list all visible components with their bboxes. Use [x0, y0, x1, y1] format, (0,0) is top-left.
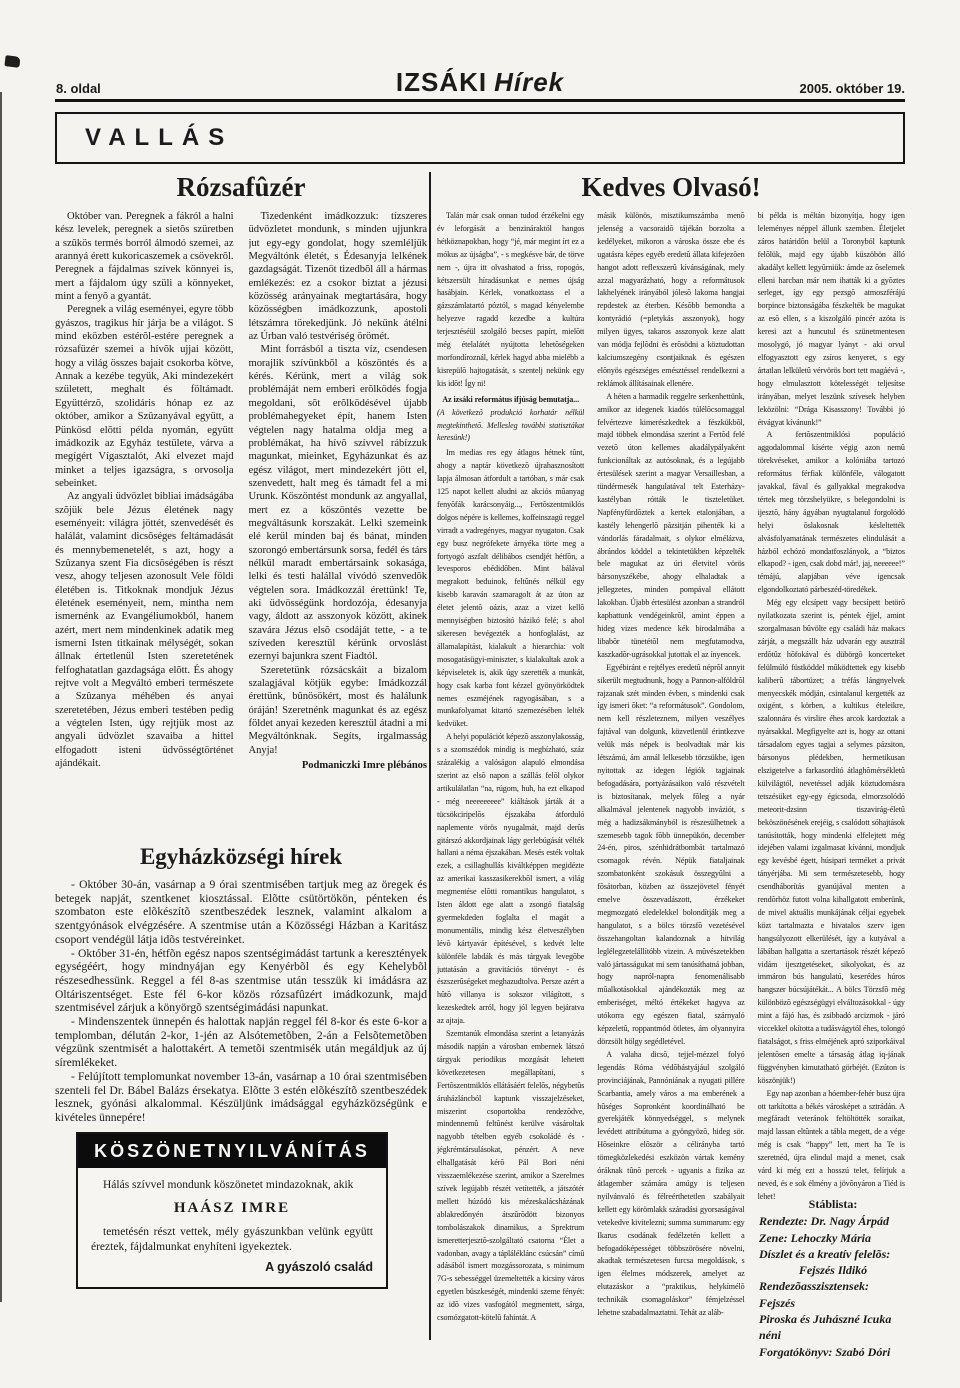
paragraph: bi példa is méltán bizonyítja, hogy igen… [758, 210, 905, 429]
issue-date: 2005. október 19. [800, 81, 906, 96]
text-column: bi példa is méltán bizonyítja, hogy igen… [758, 210, 905, 1224]
paragraph: Rendezte: Dr. Nagy Árpád [759, 1213, 907, 1229]
obituary-deceased-name: HAÁSZ IMRE [91, 1201, 373, 1216]
paragraph: A fertõszentmiklósi populáció aggodalomm… [758, 429, 905, 597]
paragraph: Szeretetünk rózsácskáit a bizalom szalag… [249, 664, 428, 757]
paragraph: A helyi populációt képezõ asszonylakossá… [437, 731, 584, 1028]
article-letter: Kedves Olvasó! Talán már csak onnan tudo… [437, 172, 905, 1350]
text-column: Tizedenként imádkozzuk: tízszeres üdvözl… [249, 210, 428, 860]
newspaper-page: 8. oldal IZSÁKIHírek 2005. október 19. V… [0, 0, 960, 1388]
obituary-content: Hálás szívvel mondunk köszönetet mindazo… [78, 1168, 386, 1287]
paragraph: Tizedenként imádkozzuk: tízszeres üdvözl… [249, 210, 428, 343]
paragraph: Piroska és Juhászné Icuka néni [759, 1311, 907, 1344]
scan-artifact-left-edge [0, 92, 2, 1302]
article-columns: Október van. Peregnek a fákról a halni k… [55, 210, 427, 860]
article-title: Kedves Olvasó! [437, 172, 905, 203]
paragraph: Az angyali üdvözlet bibliai imádságába s… [55, 490, 234, 770]
parish-news-title: Egyházközségi hírek [55, 844, 427, 870]
paragraph: - Október 31-én, hétfõn egész napos szen… [55, 947, 427, 1016]
paragraph: Mint forrásból a tiszta víz, csendesen m… [249, 343, 428, 663]
signature: Podmaniczki Imre plébános [249, 759, 428, 772]
obituary-notice: KÖSZÖNETNYILVÁNÍTÁS Hálás szívvel mondun… [76, 1132, 388, 1289]
paragraph: Im medias res egy átlagos hétnek tûnt, a… [437, 447, 584, 731]
section-label: VALLÁS [85, 124, 233, 152]
paragraph: Peregnek a világ eseményei, egyre több g… [55, 303, 234, 490]
obituary-header: KÖSZÖNETNYILVÁNÍTÁS [78, 1134, 386, 1168]
page-header: 8. oldal IZSÁKIHírek 2005. október 19. [55, 68, 905, 102]
article-title: Rózsafûzér [55, 172, 427, 203]
paragraph: Az izsáki református ifjúság bemutatja..… [437, 394, 584, 407]
masthead: IZSÁKIHírek [55, 67, 905, 98]
paragraph: másik különös, misztikumszámba menõ jele… [597, 210, 744, 391]
paragraph: - Mindenszentek ünnepén és halottak napj… [55, 1015, 427, 1070]
article-rosary: Rózsafûzér Október van. Peregnek a fákró… [55, 172, 427, 860]
paragraph: Szemtanúk elmondása szerint a letanyázás… [437, 1028, 584, 1325]
obituary-signature: A gyászoló család [91, 1260, 373, 1275]
paragraph: A valaha dicsõ, tejjel-mézzel folyó lege… [597, 1049, 744, 1320]
paragraph: Fejszés Ildikó [759, 1262, 907, 1278]
paragraph: Talán már csak onnan tudod érzékelni egy… [437, 210, 584, 391]
paragraph: Október van. Peregnek a fákról a halni k… [55, 210, 234, 303]
text-column: másik különös, misztikumszámba menõ jele… [597, 210, 744, 1350]
paragraph: Zene: Lehoczky Mária [759, 1230, 907, 1246]
paragraph: A héten a harmadik reggelre serkenhettün… [597, 391, 744, 662]
credits-lines: Rendezte: Dr. Nagy ÁrpádZene: Lehoczky M… [759, 1213, 907, 1360]
text-column: Október van. Peregnek a fákról a halni k… [55, 210, 234, 860]
article-columns: Talán már csak onnan tudod érzékelni egy… [437, 210, 905, 1350]
masthead-subtitle: Hírek [494, 67, 564, 97]
paragraph: (A következõ produkció korhatár nélkül m… [437, 407, 584, 446]
paragraph: Még egy elcsípett vagy becsípett betörõ … [758, 597, 905, 1087]
credits-block: Stáblista: Rendezte: Dr. Nagy ÁrpádZene:… [759, 1196, 907, 1360]
section-banner: VALLÁS [55, 112, 905, 164]
parish-news-section: Egyházközségi hírek - Október 30-án, vas… [55, 844, 427, 1125]
paragraph: Rendezõasszisztensek: Fejszés [759, 1278, 907, 1311]
paragraph: Egy nap azonban a hóember-fehér busz újr… [758, 1088, 905, 1204]
paragraph: Díszlet és a kreatív felelõs: [759, 1246, 907, 1262]
scan-artifact-corner-mark [4, 55, 20, 68]
paragraph: - Október 30-án, vasárnap a 9 órai szent… [55, 878, 427, 947]
parish-news-body: - Október 30-án, vasárnap a 9 órai szent… [55, 878, 427, 1125]
paragraph: Forgatókönyv: Szabó Dóri [759, 1344, 907, 1360]
text-column: Talán már csak onnan tudod érzékelni egy… [437, 210, 584, 1350]
paragraph: Egyébiránt e rejtélyes eredetû néprõl an… [597, 662, 744, 1049]
credits-title: Stáblista: [759, 1196, 907, 1212]
column-divider-rule [429, 172, 431, 1340]
paragraph: - Felújított templomunkat november 13-án… [55, 1070, 427, 1125]
masthead-title: IZSÁKI [396, 67, 487, 97]
obituary-body: temetésén részt vettek, mély gyászunkban… [91, 1225, 373, 1255]
obituary-intro: Hálás szívvel mondunk köszönetet mindazo… [91, 1178, 373, 1193]
